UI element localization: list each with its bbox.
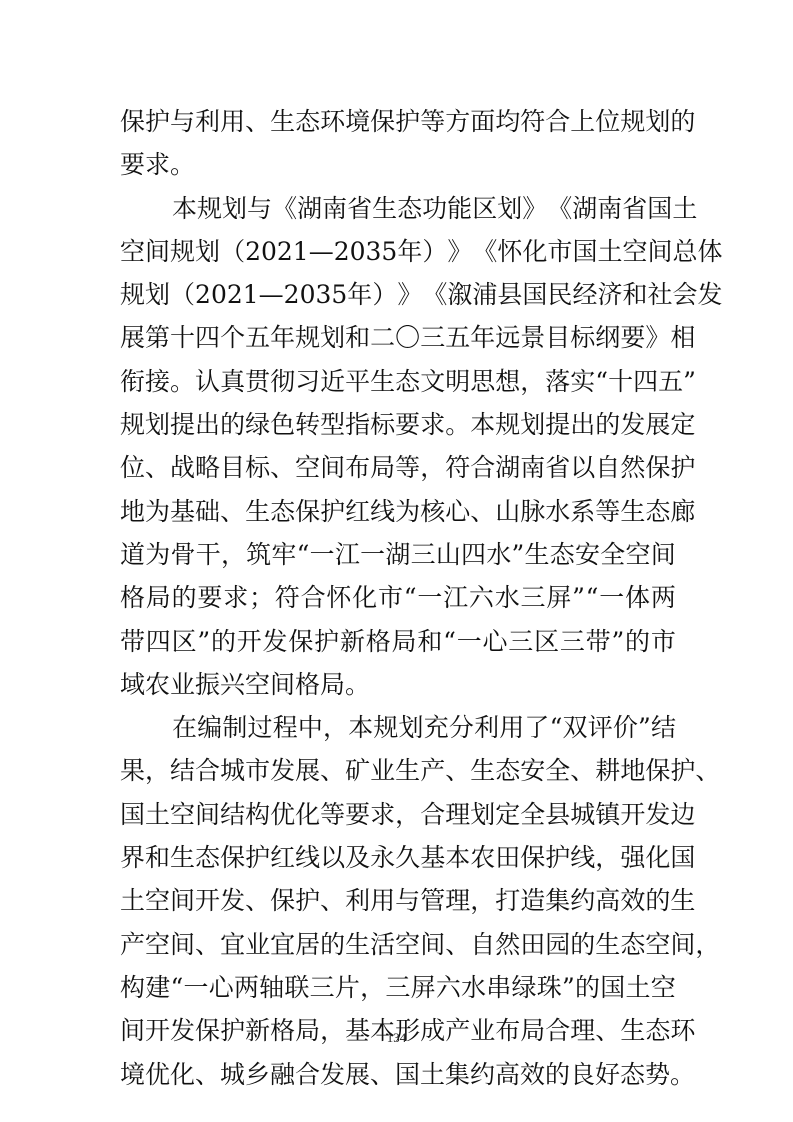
text-line: 展第十四个五年规划和二〇三五年远景目标纲要》相 bbox=[120, 316, 676, 359]
text-line: 产空间、宜业宜居的生活空间、自然田园的生态空间， bbox=[120, 923, 676, 966]
page-number: 134 bbox=[0, 1030, 793, 1046]
text-line: 保护与利用、生态环境保护等方面均符合上位规划的 bbox=[120, 100, 676, 143]
text-line: 规划提出的绿色转型指标要求。本规划提出的发展定 bbox=[120, 403, 676, 446]
text-line: 果，结合城市发展、矿业生产、生态安全、耕地保护、 bbox=[120, 749, 676, 792]
document-page-body: 保护与利用、生态环境保护等方面均符合上位规划的要求。本规划与《湖南省生态功能区划… bbox=[120, 100, 676, 1096]
text-line: 界和生态保护红线以及永久基本农田保护线，强化国 bbox=[120, 836, 676, 879]
text-line: 在编制过程中，本规划充分利用了“双评价”结 bbox=[120, 706, 676, 749]
text-line: 构建“一心两轴联三片，三屏六水串绿珠”的国土空 bbox=[120, 966, 676, 1009]
text-line: 衔接。认真贯彻习近平生态文明思想，落实“十四五” bbox=[120, 360, 676, 403]
text-line: 土空间开发、保护、利用与管理，打造集约高效的生 bbox=[120, 879, 676, 922]
text-line: 规划（2021—2035年）》《溆浦县国民经济和社会发 bbox=[120, 273, 676, 316]
text-line: 地为基础、生态保护红线为核心、山脉水系等生态廊 bbox=[120, 490, 676, 533]
text-line: 格局的要求；符合怀化市“一江六水三屏”“一体两 bbox=[120, 576, 676, 619]
text-line: 国土空间结构优化等要求，合理划定全县城镇开发边 bbox=[120, 793, 676, 836]
text-line: 本规划与《湖南省生态功能区划》《湖南省国土 bbox=[120, 187, 676, 230]
text-line: 空间规划（2021—2035年）》《怀化市国土空间总体 bbox=[120, 230, 676, 273]
text-line: 境优化、城乡融合发展、国土集约高效的良好态势。 bbox=[120, 1053, 676, 1096]
text-line: 道为骨干，筑牢“一江一湖三山四水”生态安全空间 bbox=[120, 533, 676, 576]
text-line: 位、战略目标、空间布局等，符合湖南省以自然保护 bbox=[120, 446, 676, 489]
text-line: 要求。 bbox=[120, 143, 676, 186]
text-line: 域农业振兴空间格局。 bbox=[120, 663, 676, 706]
text-line: 带四区”的开发保护新格局和“一心三区三带”的市 bbox=[120, 620, 676, 663]
